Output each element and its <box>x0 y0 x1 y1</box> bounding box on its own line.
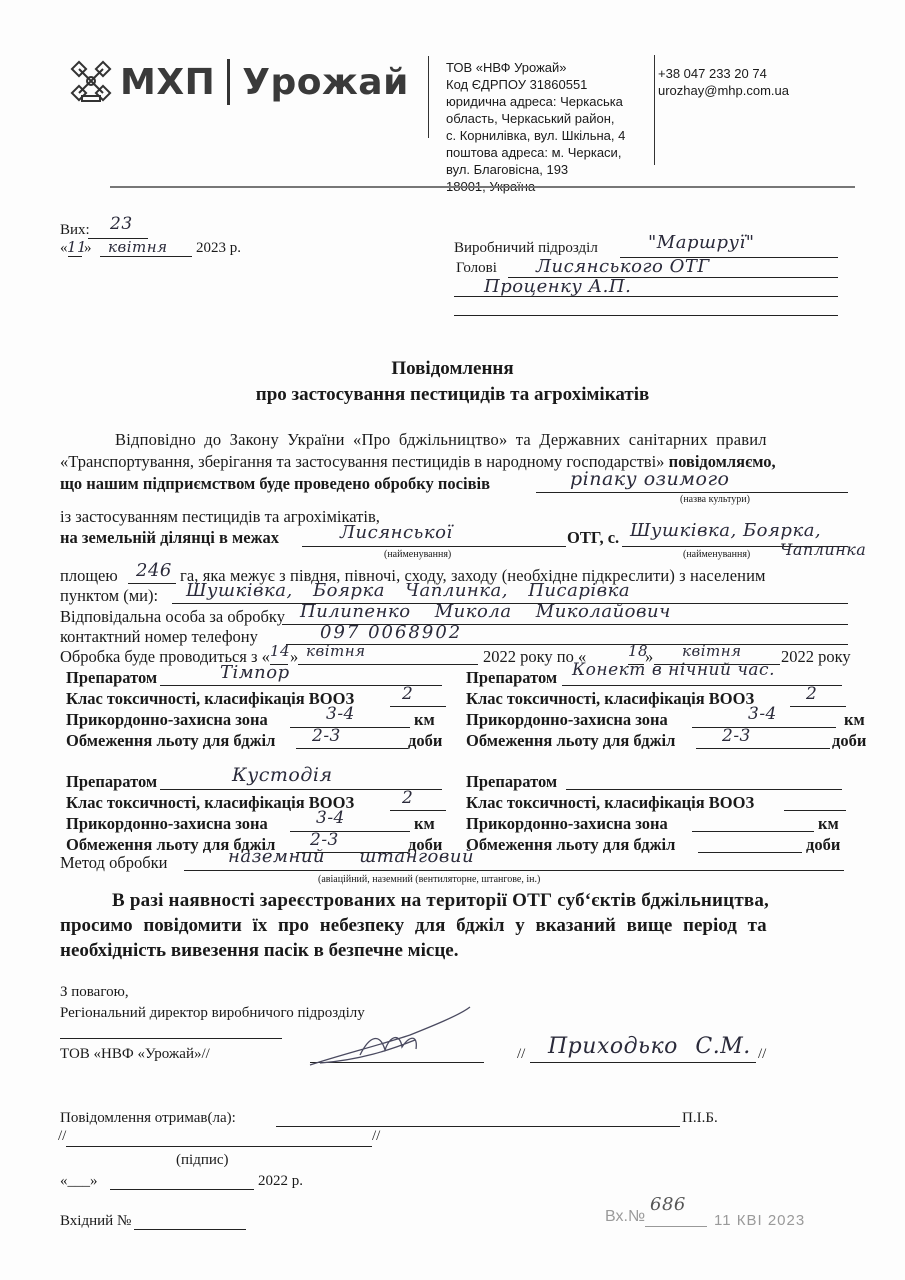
company-logo: МХП Урожай <box>70 58 409 106</box>
prep-name-label: Препаратом <box>66 772 157 792</box>
phone-value: 097 0068902 <box>320 622 462 643</box>
company-line: юридична адреса: Черкаська <box>446 93 625 110</box>
logo-brand: МХП <box>120 62 215 103</box>
prep-flight-value: 2-3 <box>722 726 751 746</box>
receipt-year: 2022 р. <box>258 1173 303 1190</box>
incoming-label: Вхідний № <box>60 1213 131 1230</box>
outgoing-close-quote: » <box>84 240 92 257</box>
responsible-value: Пилипенко Микола Миколайович <box>300 601 671 622</box>
prep-zone-unit: км <box>414 710 435 730</box>
prep-name-label: Препаратом <box>66 668 157 688</box>
prep-flight-label: Обмеження льоту для бджіл <box>66 731 275 751</box>
intro-line-3: що нашим підприємством буде проведено об… <box>60 474 490 494</box>
prep-zone-label: Прикордонно-захисна зона <box>66 814 268 834</box>
prep-flight-label: Обмеження льоту для бджіл <box>466 835 675 855</box>
pib-label: П.І.Б. <box>682 1110 718 1127</box>
intro-line-1: Відповідно до Закону України «Про бджіль… <box>115 430 767 450</box>
outgoing-year: 2023 р. <box>196 240 241 257</box>
prep-flight-unit: доби <box>408 731 442 751</box>
signer-name: Приходько С.М. <box>548 1034 751 1059</box>
period-to-month: квітня <box>682 642 742 660</box>
logo-divider <box>227 59 230 105</box>
company-line: область, Черкаський район, <box>446 110 625 127</box>
prep-zone-unit: км <box>844 710 865 730</box>
prep-tox-label: Клас токсичності, класифікація ВООЗ <box>466 689 754 709</box>
village-caption: (найменування) <box>683 549 750 560</box>
sig-name-close: // <box>758 1046 766 1063</box>
notice-line-1: В разі наявності зареєстрованих на терит… <box>112 890 769 912</box>
outgoing-month: квітня <box>108 238 168 256</box>
stamp-number: 686 <box>650 1194 686 1215</box>
intro-line-4: із застосуванням пестицидів та агрохімік… <box>60 507 380 527</box>
prep-zone-label: Прикордонно-захисна зона <box>466 710 668 730</box>
prep-tox-value: 2 <box>806 684 817 704</box>
location-label: на земельній ділянці в межах <box>60 528 279 548</box>
prep-name-value: Конект в нічний час. <box>572 660 775 680</box>
period-end: 2022 року <box>781 647 851 667</box>
prep-tox-label: Клас токсичності, класифікація ВООЗ <box>66 793 354 813</box>
head-name: Проценку А.П. <box>484 276 631 297</box>
prep-flight-unit: доби <box>832 731 866 751</box>
document-page: МХП Урожай ТОВ «НВФ Урожай» Код ЄДРПОУ 3… <box>0 0 905 1280</box>
period-from-close: » <box>290 647 298 667</box>
phone-label: контактний номер телефону <box>60 627 258 647</box>
email: urozhay@mhp.com.ua <box>658 82 789 99</box>
received-label: Повідомлення отримав(ла): <box>60 1110 236 1127</box>
method-label: Метод обробки <box>60 853 167 873</box>
signer-company: ТОВ «НВФ «Урожай»// <box>60 1046 210 1063</box>
receipt-day: «___» <box>60 1173 98 1190</box>
company-line: с. Корнилівка, вул. Шкільна, 4 <box>446 127 625 144</box>
windmill-icon <box>70 60 112 104</box>
signature-scribble-icon <box>300 1005 480 1075</box>
prep-zone-label: Прикордонно-захисна зона <box>466 814 668 834</box>
company-line: вул. Благовісна, 193 <box>446 161 625 178</box>
contacts-divider <box>654 55 655 165</box>
sig-name-open: // <box>517 1046 525 1063</box>
prep-zone-unit: км <box>414 814 435 834</box>
company-line: Код ЄДРПОУ 31860551 <box>446 76 625 93</box>
outgoing-number: 23 <box>110 214 133 234</box>
header-divider <box>428 56 429 138</box>
village-value: Шушківка, Боярка, <box>630 520 821 541</box>
settlement-value: Шушківка, Боярка Чаплинка, Писарівка <box>186 580 630 601</box>
stamp-date: 11 КВІ 2023 <box>714 1212 805 1229</box>
sig-caption: (підпис) <box>176 1152 229 1169</box>
sig-open: // <box>58 1128 66 1145</box>
prep-tox-value: 2 <box>402 684 413 704</box>
prep-tox-label: Клас токсичності, класифікація ВООЗ <box>466 793 754 813</box>
prep-flight-label: Обмеження льоту для бджіл <box>466 731 675 751</box>
prep-flight-value: 2-3 <box>312 726 341 746</box>
prep-name-value: Кустодія <box>232 764 333 786</box>
prep-zone-value: 3-4 <box>326 704 355 724</box>
responsible-label: Відповідальна особа за обробку <box>60 607 285 627</box>
settlement-label: пунктом (ми): <box>60 586 158 606</box>
division-value: "Маршруї" <box>648 232 755 253</box>
prep-flight-unit: доби <box>806 835 840 855</box>
area-label: площею <box>60 566 118 586</box>
page-title: Повідомлення <box>0 358 905 380</box>
otg-value: Лисянської <box>340 522 453 543</box>
prep-zone-unit: км <box>818 814 839 834</box>
head-label: Голові <box>456 260 497 277</box>
area-value: 246 <box>136 560 172 581</box>
notice-line-2: просимо повідомити їх про небезпеку для … <box>60 915 767 937</box>
prep-zone-value: 3-4 <box>316 808 345 828</box>
stamp-prefix: Вх.№ <box>605 1208 645 1226</box>
notice-line-3: необхідність вивезення пасік в безпечне … <box>60 940 458 962</box>
outgoing-label: Вих: <box>60 222 90 239</box>
phone: +38 047 233 20 74 <box>658 65 789 82</box>
village-value-2: Чаплинка <box>780 540 866 559</box>
contacts: +38 047 233 20 74 urozhay@mhp.com.ua <box>658 65 789 99</box>
prep-name-label: Препаратом <box>466 772 557 792</box>
period-from-day: 14 <box>270 642 290 660</box>
logo-name: Урожай <box>242 62 409 103</box>
method-caption: (авіаційний, наземний (вентиляторне, шта… <box>318 874 540 885</box>
sig-close: // <box>372 1128 380 1145</box>
prep-zone-value: 3-4 <box>748 704 777 724</box>
regards: З повагою, <box>60 984 129 1001</box>
prep-tox-value: 2 <box>402 788 413 808</box>
otg-caption: (найменування) <box>384 549 451 560</box>
company-details: ТОВ «НВФ Урожай» Код ЄДРПОУ 31860551 юри… <box>446 59 625 195</box>
header-rule <box>110 186 855 188</box>
company-line: поштова адреса: м. Черкаси, <box>446 144 625 161</box>
otg-label: ОТГ, с. <box>567 528 619 548</box>
period-mid: 2022 року по « <box>483 647 586 667</box>
prep-zone-label: Прикордонно-захисна зона <box>66 710 268 730</box>
prep-tox-label: Клас токсичності, класифікація ВООЗ <box>66 689 354 709</box>
division-label: Виробничий підрозділ <box>454 240 598 257</box>
method-value: наземний штанговий <box>228 846 474 867</box>
crop-caption: (назва культури) <box>680 494 750 505</box>
prep-name-label: Препаратом <box>466 668 557 688</box>
head-value: Лисянського ОТГ <box>536 256 710 277</box>
page-subtitle: про застосування пестицидів та агрохімік… <box>0 384 905 406</box>
period-from-month: квітня <box>306 642 366 660</box>
crop-value: ріпаку озимого <box>570 468 729 490</box>
prep-name-value: Тімпор <box>220 662 290 683</box>
company-line: ТОВ «НВФ Урожай» <box>446 59 625 76</box>
